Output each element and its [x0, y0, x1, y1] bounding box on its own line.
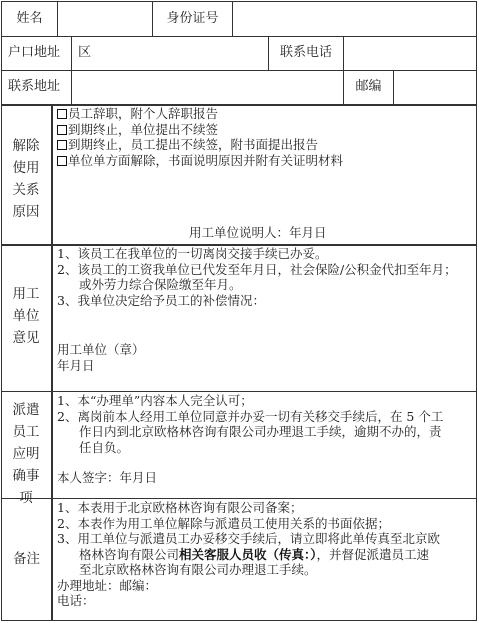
- id-number-label: 身份证号: [153, 11, 232, 26]
- reason-option-unilateral[interactable]: 单位单方面解除，书面说明原因并附有关证明材料: [57, 153, 343, 169]
- divider: [51, 104, 53, 621]
- employer-explainer-signature: 用工单位说明人：年月日: [189, 225, 327, 241]
- postcode-label: 邮编: [344, 79, 393, 94]
- phone-label: 联系电话: [269, 45, 343, 60]
- contact-address-field[interactable]: [72, 71, 342, 104]
- postcode-field[interactable]: [394, 71, 476, 104]
- office-phone: 电话：: [57, 593, 440, 609]
- reason-option-resignation[interactable]: 员工辞职，附个人辞职报告: [57, 106, 343, 122]
- checkbox[interactable]: [57, 156, 67, 166]
- hukou-address-field[interactable]: 区: [78, 45, 266, 69]
- checkbox[interactable]: [57, 109, 67, 119]
- divider: [1, 391, 477, 392]
- stamp-date: 年月日: [57, 358, 145, 374]
- employer-stamp: 用工单位（章） 年月日: [57, 342, 145, 373]
- remarks-line-fax: 格林咨询有限公司相关客服人员收（传真：），并督促派遣员工速: [57, 547, 440, 563]
- office-address: 办理地址：邮编：: [57, 578, 440, 594]
- contact-address-label: 联系地址: [8, 79, 60, 94]
- reason-option-expiry-employer[interactable]: 到期终止，单位提出不续签: [57, 122, 343, 138]
- employee-signature: 本人签字：年月日: [57, 470, 157, 486]
- termination-reason-options: 员工辞职，附个人辞职报告 到期终止，单位提出不续签 到期终止，员工提出不续签，附…: [57, 106, 343, 168]
- stamp-label: 用工单位（章）: [57, 342, 145, 358]
- divider: [1, 498, 477, 499]
- phone-field[interactable]: [344, 37, 476, 70]
- hukou-address-label: 户口地址: [8, 45, 60, 60]
- fax-recipient: 相关客服人员收（传真：）: [179, 547, 317, 562]
- checkbox[interactable]: [57, 125, 67, 135]
- reason-option-expiry-employee[interactable]: 到期终止，员工提出不续签，附书面提出报告: [57, 137, 343, 153]
- remarks-items: 1、本表用于北京欧格林咨询有限公司备案； 2、本表作为用工单位解除与派遣员工使用…: [57, 500, 440, 609]
- employee-confirm-label: 派遣 员工 应明 确事 项: [1, 399, 51, 509]
- remarks-label: 备注: [2, 552, 51, 567]
- name-field[interactable]: [58, 2, 151, 35]
- employer-opinion-items: 1、该员工在我单位的一切离岗交接手续已办妥。 2、该员工的工资我单位已代发至年月…: [57, 246, 457, 308]
- checkbox[interactable]: [57, 140, 67, 150]
- id-number-field[interactable]: [233, 2, 476, 35]
- employee-confirm-items: 1、本“办理单”内容本人完全认可； 2、离岗前本人经用工单位同意并办妥一切有关移…: [57, 393, 443, 455]
- name-label: 姓名: [2, 11, 57, 26]
- employer-opinion-label: 用工 单位 意见: [1, 283, 51, 349]
- termination-reason-label: 解除 使用 关系 原因: [1, 135, 51, 223]
